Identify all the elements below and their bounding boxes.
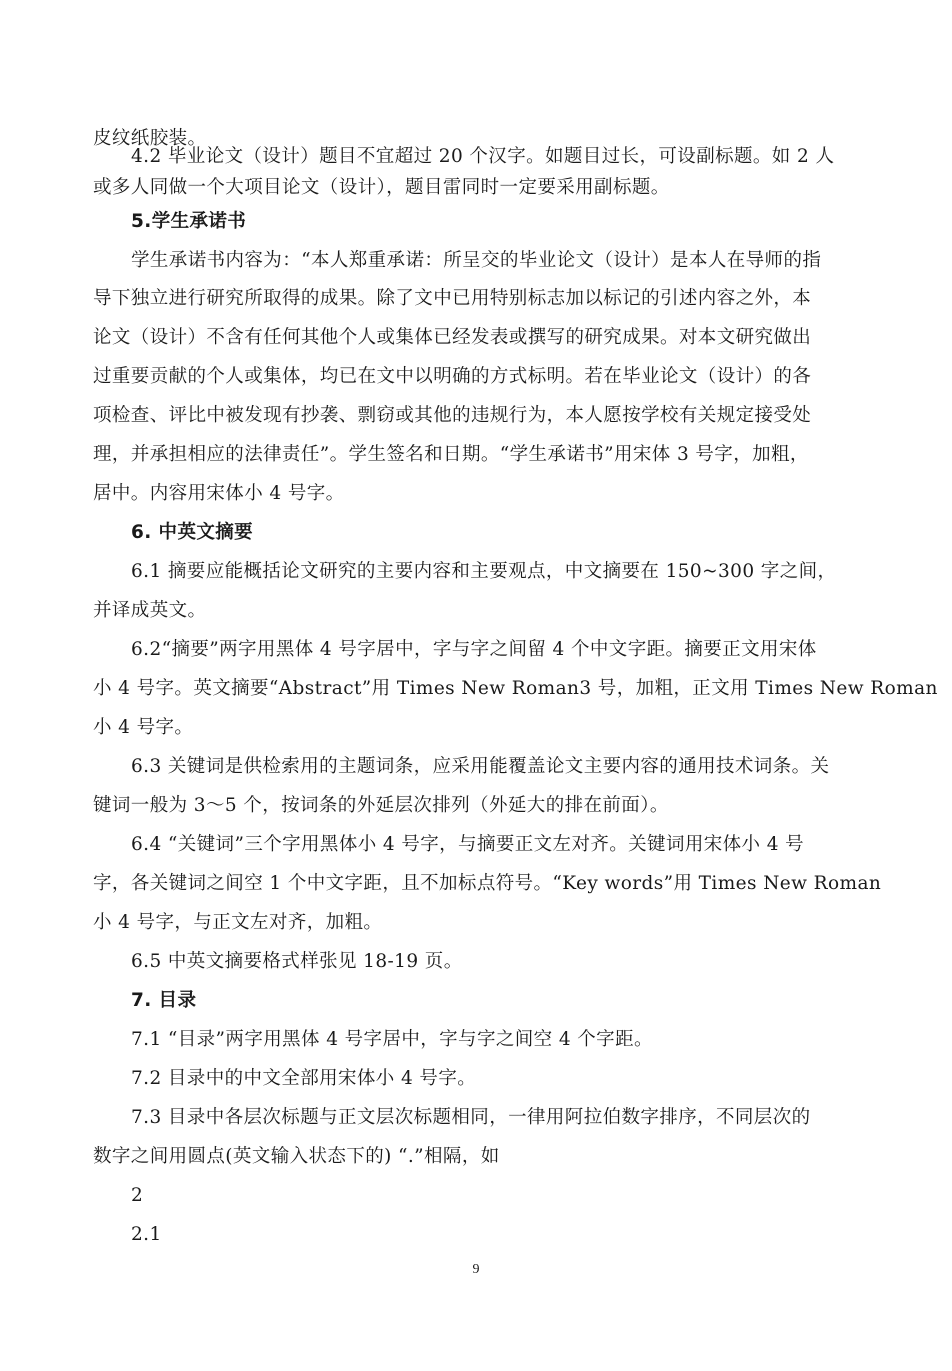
section-heading: 6. 中英文摘要 [131,522,859,544]
text-line: 小 4 号字，与正文左对齐，加粗。 [93,912,859,934]
text-line: 项检查、评比中被发现有抄袭、剽窃或其他的违规行为，本人愿按学校有关规定接受处 [93,405,859,427]
text-line: 6.5 中英文摘要格式样张见 18-19 页。 [131,951,859,973]
text-line: 小 4 号字。 [93,717,859,739]
section-heading: 7. 目录 [131,990,859,1012]
text-line: 7.1 “目录”两字用黑体 4 号字居中，字与字之间空 4 个字距。 [131,1029,859,1051]
text-line: 7.3 目录中各层次标题与正文层次标题相同，一律用阿拉伯数字排序，不同层次的 [131,1107,859,1129]
text-line: 2.1 [131,1224,859,1246]
document-page: 皮纹纸胶装。4.2 毕业论文（设计）题目不宜超过 20 个汉字。如题目过长，可设… [0,0,952,1371]
text-line: 6.3 关键词是供检索用的主题词条，应采用能覆盖论文主要内容的通用技术词条。关 [131,756,859,778]
text-line: 居中。内容用宋体小 4 号字。 [93,483,859,505]
text-line: 理，并承担相应的法律责任”。学生签名和日期。“学生承诺书”用宋体 3 号字，加粗… [93,444,859,466]
page-number: 9 [0,1262,952,1278]
text-line: 学生承诺书内容为：“本人郑重承诺：所呈交的毕业论文（设计）是本人在导师的指 [131,250,859,272]
text-line: 6.1 摘要应能概括论文研究的主要内容和主要观点，中文摘要在 150~300 字… [131,561,859,583]
text-line: 6.2“摘要”两字用黑体 4 号字居中，字与字之间留 4 个中文字距。摘要正文用… [131,639,859,661]
text-line: 或多人同做一个大项目论文（设计），题目雷同时一定要采用副标题。 [93,177,859,199]
text-line: 字，各关键词之间空 1 个中文字距，且不加标点符号。“Key words”用 T… [93,873,859,895]
text-line: 6.4 “关键词”三个字用黑体小 4 号字，与摘要正文左对齐。关键词用宋体小 4… [131,834,859,856]
text-line: 过重要贡献的个人或集体，均已在文中以明确的方式标明。若在毕业论文（设计）的各 [93,366,859,388]
text-line: 数字之间用圆点(英文输入状态下的) “.”相隔，如 [93,1146,859,1168]
text-line: 7.2 目录中的中文全部用宋体小 4 号字。 [131,1068,859,1090]
text-line: 并译成英文。 [93,600,859,622]
text-line: 2 [131,1185,859,1207]
text-line: 小 4 号字。英文摘要“Abstract”用 Times New Roman3 … [93,678,859,700]
section-heading: 5.学生承诺书 [131,211,859,233]
text-line: 导下独立进行研究所取得的成果。除了文中已用特别标志加以标记的引述内容之外，本 [93,288,859,310]
text-line: 论文（设计）不含有任何其他个人或集体已经发表或撰写的研究成果。对本文研究做出 [93,327,859,349]
text-line: 键词一般为 3～5 个，按词条的外延层次排列（外延大的排在前面）。 [93,795,859,817]
text-line: 4.2 毕业论文（设计）题目不宜超过 20 个汉字。如题目过长，可设副标题。如 … [131,146,859,168]
